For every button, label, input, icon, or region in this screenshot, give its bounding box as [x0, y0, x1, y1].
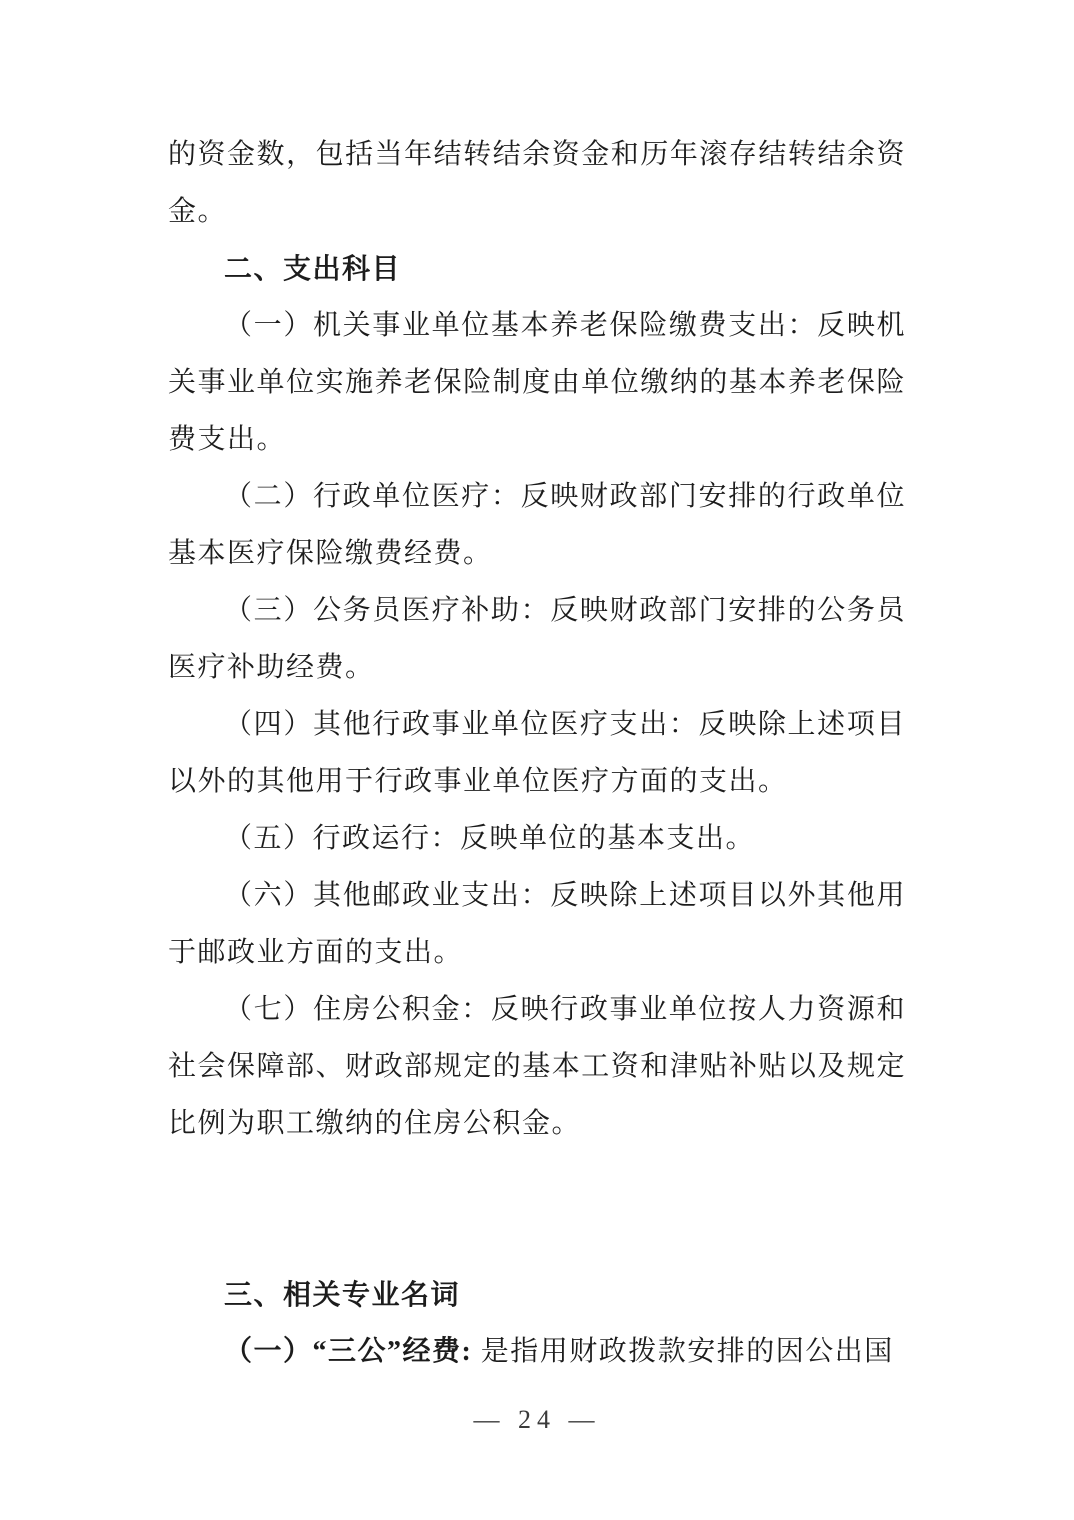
- terms-item-1: （一）“三公”经费:是指用财政拨款安排的因公出国: [168, 1323, 906, 1380]
- page-content: 的资金数，包括当年结转结余资金和历年滚存结转结余资金。 二、支出科目 （一）机关…: [168, 126, 906, 1380]
- terms-item-1-text: 是指用财政拨款安排的因公出国: [481, 1336, 894, 1367]
- document-page: 的资金数，包括当年结转结余资金和历年滚存结转结余资金。 二、支出科目 （一）机关…: [0, 0, 1074, 1520]
- section-gap: [168, 1152, 906, 1266]
- expenditure-item-3: （三）公务员医疗补助：反映财政部门安排的公务员医疗补助经费。: [168, 582, 906, 696]
- expenditure-item-2: （二）行政单位医疗：反映财政部门安排的行政单位基本医疗保险缴费经费。: [168, 468, 906, 582]
- expenditure-item-6: （六）其他邮政业支出：反映除上述项目以外其他用于邮政业方面的支出。: [168, 867, 906, 981]
- section-heading-terms: 三、相关专业名词: [168, 1266, 906, 1323]
- expenditure-item-7: （七）住房公积金：反映行政事业单位按人力资源和社会保障部、财政部规定的基本工资和…: [168, 981, 906, 1152]
- expenditure-item-4: （四）其他行政事业单位医疗支出：反映除上述项目以外的其他用于行政事业单位医疗方面…: [168, 696, 906, 810]
- expenditure-item-5: （五）行政运行：反映单位的基本支出。: [168, 810, 906, 867]
- expenditure-item-1: （一）机关事业单位基本养老保险缴费支出：反映机关事业单位实施养老保险制度由单位缴…: [168, 297, 906, 468]
- page-number: — 24 —: [0, 1405, 1074, 1435]
- terms-item-1-lead: （一）“三公”经费:: [224, 1336, 472, 1367]
- continuation-paragraph: 的资金数，包括当年结转结余资金和历年滚存结转结余资金。: [168, 126, 906, 240]
- section-heading-expenditure: 二、支出科目: [168, 240, 906, 297]
